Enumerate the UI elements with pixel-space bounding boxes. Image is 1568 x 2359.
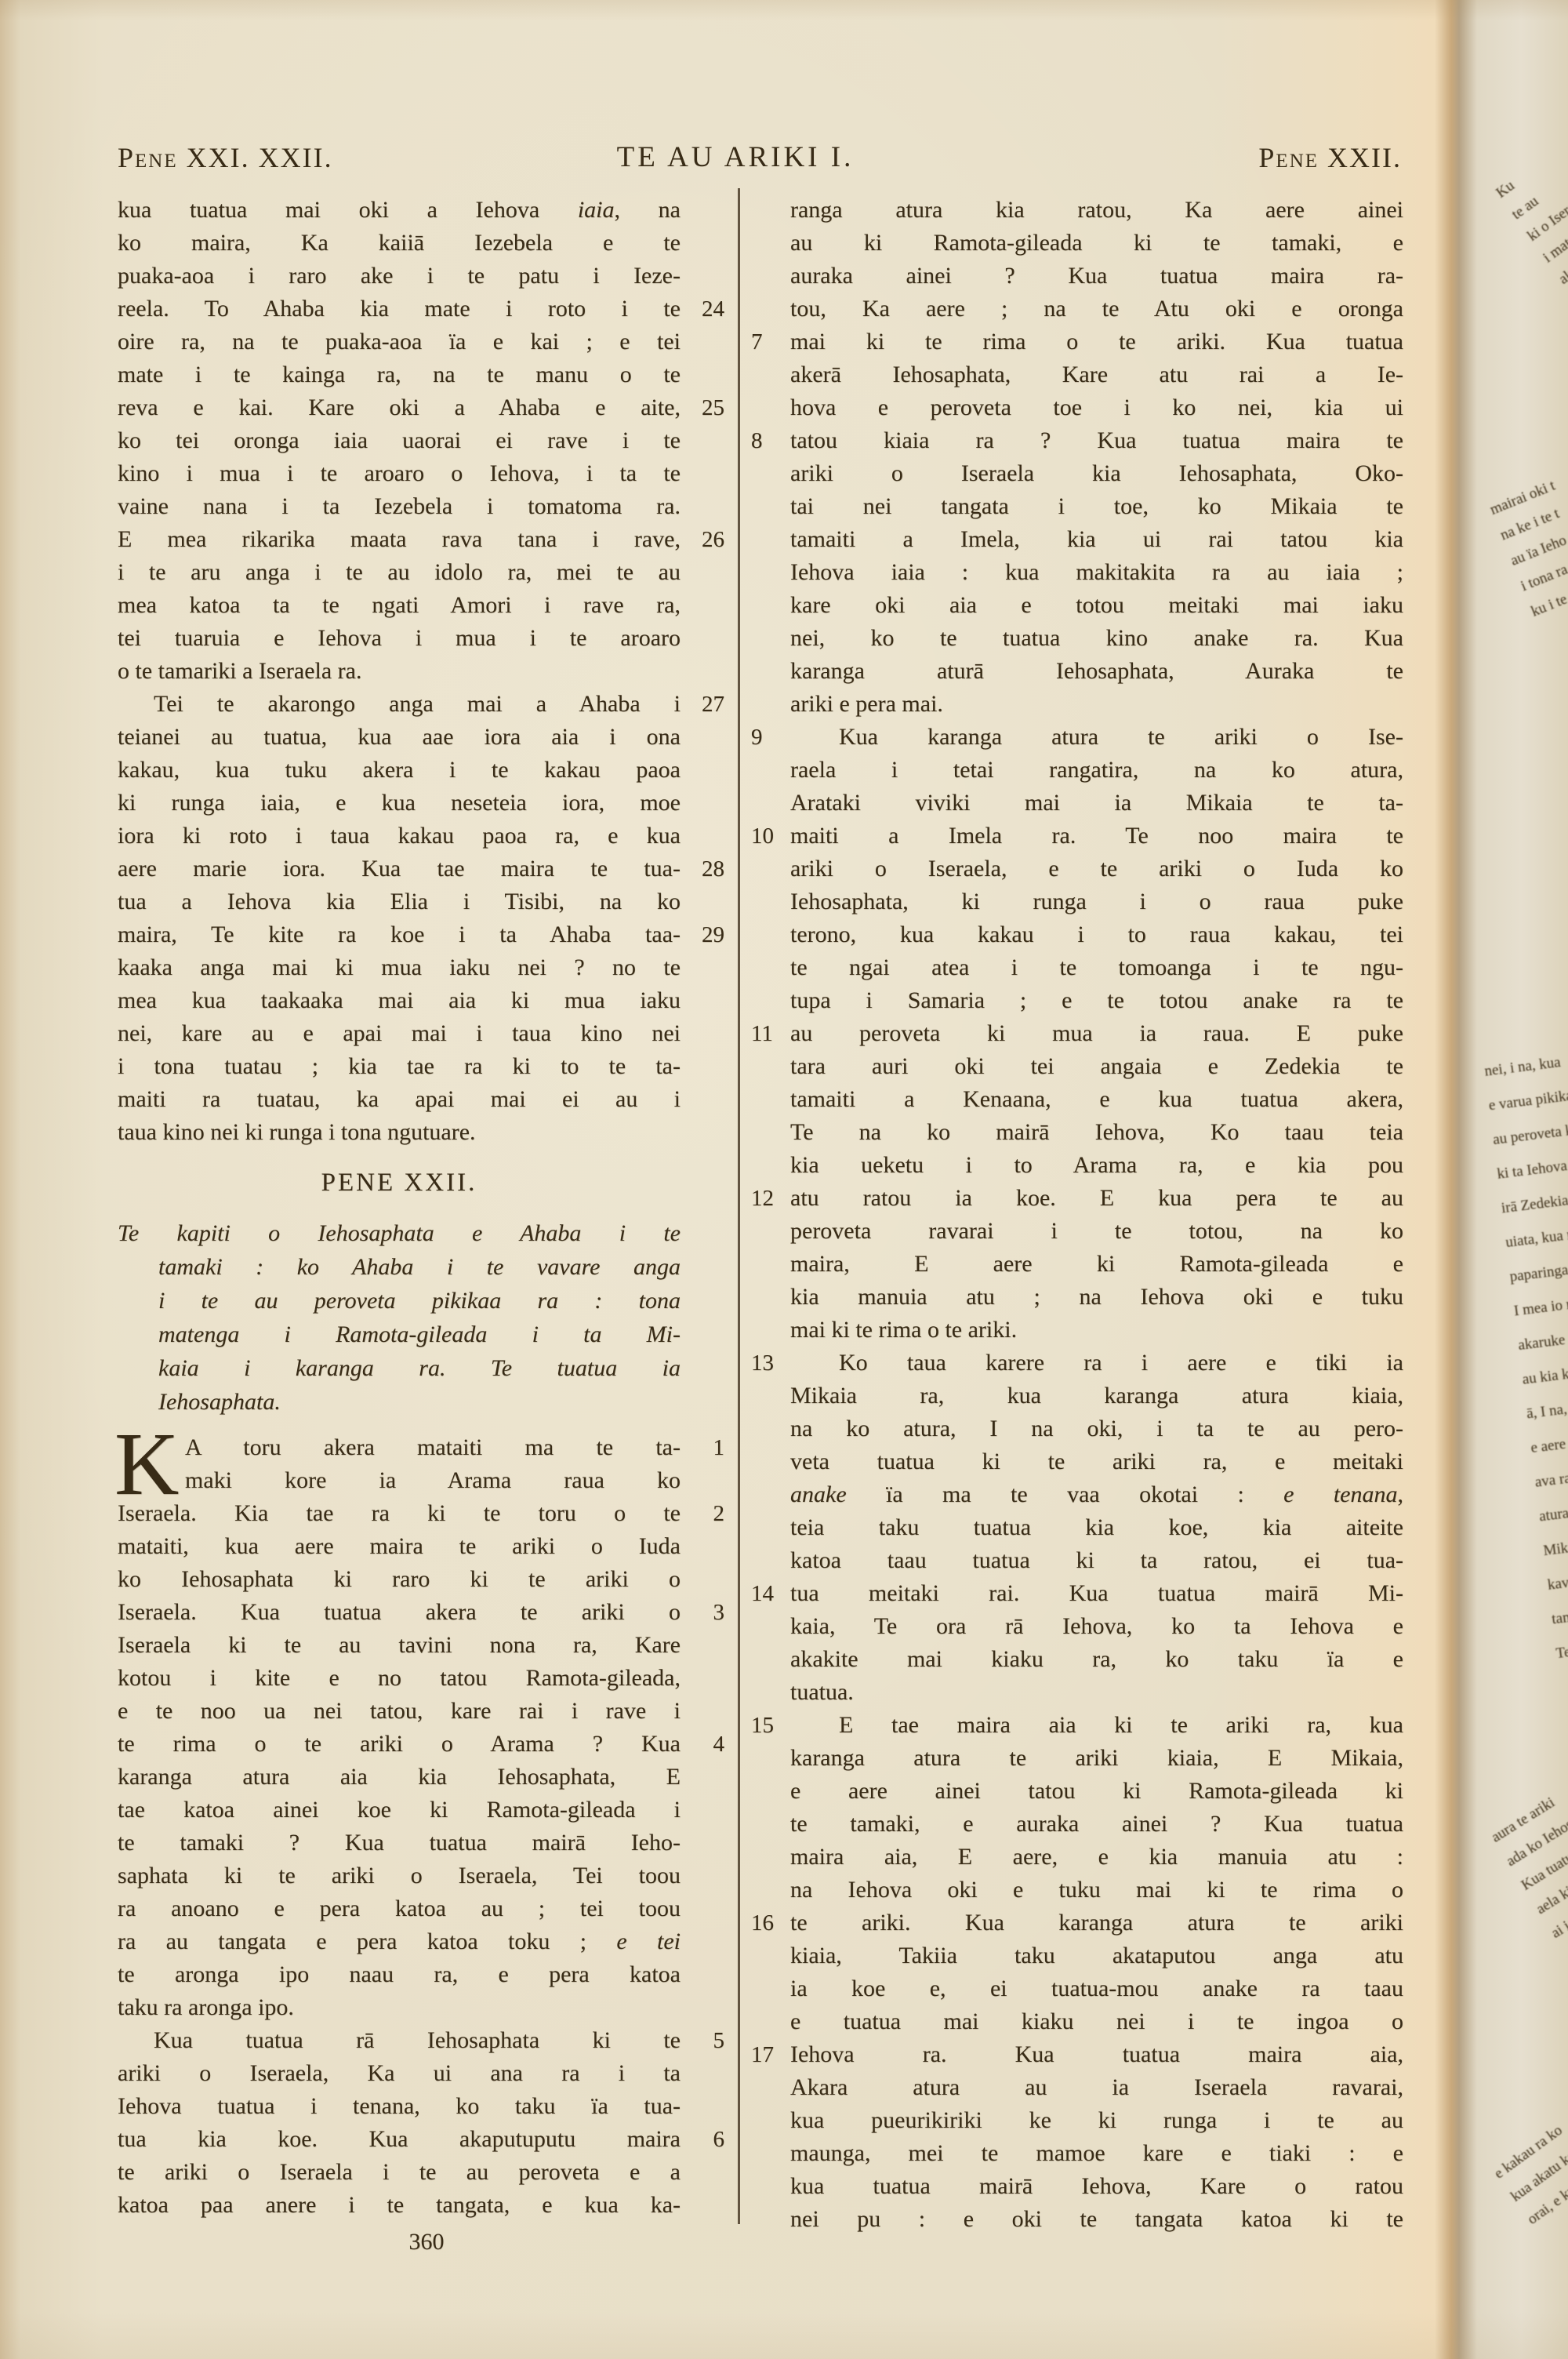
- text-line: anake ïa ma te vaa okotai : e tenana,: [751, 1478, 1403, 1511]
- verse-text: na ko atura, I na oki, i ta te au pero-: [790, 1412, 1403, 1445]
- verse-text: tei tuaruia e Iehova i mua i te aroaro: [118, 622, 681, 655]
- text-line: 26E mea rikarika maata rava tana i rave,: [118, 523, 735, 556]
- verse-number: 26: [702, 523, 724, 556]
- verse-number: 27: [702, 688, 724, 721]
- verse-text: Akara atura au ia Iseraela ravarai,: [790, 2071, 1403, 2104]
- verse-text: kia ueketu i to Arama ra, e kia pou: [790, 1149, 1403, 1182]
- verse-text: au peroveta ki mua ia raua. E puke: [790, 1017, 1403, 1050]
- column-divider-rule: [738, 188, 740, 2224]
- text-line: tamaki : ko Ahaba i te vavare anga: [118, 1250, 735, 1284]
- verse-text: te ariki o Iseraela i te au peroveta e a: [118, 2156, 681, 2189]
- left-column: kua tuatua mai oki a Iehova iaia, nako m…: [118, 194, 735, 2222]
- text-line: mai ki te rima o te ariki.: [751, 1314, 1403, 1347]
- text-line: maira aia, E aere, e kia manuia atu :: [751, 1841, 1403, 1874]
- verse-number: 9: [751, 721, 763, 754]
- text-line: 5Kua tuatua rā Iehosaphata ki te: [118, 2024, 735, 2057]
- verse-text: maunga, mei te mamoe kare e tiaki : e: [790, 2137, 1403, 2170]
- text-line: o te tamariki a Iseraela ra.: [118, 655, 735, 688]
- text-line: nei, kare au e apai mai i taua kino nei: [118, 1017, 735, 1050]
- text-line: tai nei tangata i toe, ko Mikaia te: [751, 490, 1403, 523]
- verse-text: tou, Ka aere ; na te Atu oki e oronga: [790, 293, 1403, 325]
- text-line: te tamaki, e auraka ainei ? Kua tuatua: [751, 1808, 1403, 1841]
- verse-text: e te noo ua nei tatou, kare rai i rave i: [118, 1695, 681, 1728]
- verse-number: 6: [713, 2123, 725, 2156]
- verse-text: tamaiti a Kenaana, e kua tuatua akera,: [790, 1083, 1403, 1116]
- text-line: iora ki roto i taua kakau paoa ra, e kua: [118, 820, 735, 852]
- text-line: mataiti, kua aere maira te ariki o Iuda: [118, 1530, 735, 1563]
- text-line: tei tuaruia e Iehova i mua i te aroaro: [118, 622, 735, 655]
- verse-text: Mikaia ra, kua karanga atura kiaia,: [790, 1379, 1403, 1412]
- text-line: tamaiti a Imela, kia ui rai tatou kia: [751, 523, 1403, 556]
- text-line: 3Iseraela. Kua tuatua akera te ariki o: [118, 1596, 735, 1629]
- text-line: tara auri oki tei angaia e Zedekia te: [751, 1050, 1403, 1083]
- text-line: Iehosaphata.: [118, 1385, 735, 1419]
- text-line: mea kua taakaaka mai aia ki mua iaku: [118, 984, 735, 1017]
- text-line: ariki e pera mai.: [751, 688, 1403, 721]
- chapter-summary: Te kapiti o Iehosaphata e Ahaba i tetama…: [118, 1216, 735, 1419]
- verse-text: taku ra aronga ipo.: [118, 1991, 681, 2024]
- text-line: maunga, mei te mamoe kare e tiaki : e: [751, 2137, 1403, 2170]
- chapter22-verse-lines: 1A toru akera mataiti ma te ta-maki kore…: [118, 1431, 735, 2222]
- verse-text: i te au peroveta pikikaa ra : tona: [118, 1284, 681, 1318]
- verse-text: mea kua taakaaka mai aia ki mua iaku: [118, 984, 681, 1017]
- verse-text: taua kino nei ki runga i tona ngutuare.: [118, 1116, 681, 1149]
- verse-text: au ki Ramota-gileada ki te tamaki, e: [790, 227, 1403, 260]
- text-line: katoa taau tuatua ki ta ratou, ei tua-: [751, 1544, 1403, 1577]
- text-line: maki kore ia Arama raua ko: [118, 1464, 735, 1497]
- text-line: karanga atura aia kia Iehosaphata, E: [118, 1761, 735, 1794]
- text-line: kare oki aia e totou meitaki mai iaku: [751, 589, 1403, 622]
- verse-text: tai nei tangata i toe, ko Mikaia te: [790, 490, 1403, 523]
- verse-text: puaka-aoa i raro ake i te patu i Ieze-: [118, 260, 681, 293]
- verse-text: veta tuatua ki te ariki ra, e meitaki: [790, 1445, 1403, 1478]
- text-line: kotou i kite e no tatou Ramota-gileada,: [118, 1662, 735, 1695]
- verse-text: Iseraela. Kia tae ra ki te toru o te: [118, 1497, 681, 1530]
- verse-text: Iehova ra. Kua tuatua maira aia,: [790, 2038, 1403, 2071]
- verse-text: Tei te akarongo anga mai a Ahaba i: [118, 688, 681, 721]
- verse-text: tatou kiaia ra ? Kua tuatua maira te: [790, 424, 1403, 457]
- text-line: tamaiti a Kenaana, e kua tuatua akera,: [751, 1083, 1403, 1116]
- verse-text: kua tuatua mai oki a Iehova iaia, na: [118, 194, 681, 227]
- verse-text: atu ratou ia koe. E kua pera te au: [790, 1182, 1403, 1215]
- text-line: kua tuatua mairā Iehova, Kare o ratou: [751, 2170, 1403, 2203]
- text-line: te ariki o Iseraela i te au peroveta e a: [118, 2156, 735, 2189]
- verse-text: tamaiti a Imela, kia ui rai tatou kia: [790, 523, 1403, 556]
- verse-text: mai ki te rima o te ariki.: [790, 1314, 1403, 1347]
- verse-text: tupa i Samaria ; e te totou anake ra te: [790, 984, 1403, 1017]
- verse-text: mai ki te rima o te ariki. Kua tuatua: [790, 325, 1403, 358]
- verse-text: kino i mua i te aroaro o Iehova, i ta te: [118, 457, 681, 490]
- verse-text: maiti a Imela ra. Te noo maira te: [790, 820, 1403, 852]
- text-line: tae katoa ainei koe ki Ramota-gileada i: [118, 1794, 735, 1826]
- verse-text: tua kia koe. Kua akaputuputu maira: [118, 2123, 681, 2156]
- text-line: veta tuatua ki te ariki ra, e meitaki: [751, 1445, 1403, 1478]
- verse-number: 15: [751, 1709, 774, 1742]
- verse-text: tua meitaki rai. Kua tuatua mairā Mi-: [790, 1577, 1403, 1610]
- verse-text: Iehova tuatua i tenana, ko taku ïa tua-: [118, 2090, 681, 2123]
- text-line: 12atu ratou ia koe. E kua pera te au: [751, 1182, 1403, 1215]
- verse-text: maiti ra tuatau, ka apai mai ei au i: [118, 1083, 681, 1116]
- text-line: Arataki viviki mai ia Mikaia te ta-: [751, 787, 1403, 820]
- text-line: 16te ariki. Kua karanga atura te ariki: [751, 1906, 1403, 1939]
- text-line: kia ueketu i to Arama ra, e kia pou: [751, 1149, 1403, 1182]
- text-line: 6tua kia koe. Kua akaputuputu maira: [118, 2123, 735, 2156]
- text-line: ko Iehosaphata ki raro ki te ariki o: [118, 1563, 735, 1596]
- verse-number: 25: [702, 391, 724, 424]
- verse-text: Te kapiti o Iehosaphata e Ahaba i te: [118, 1216, 681, 1250]
- verse-text: hova e peroveta toe i ko nei, kia ui: [790, 391, 1403, 424]
- verse-text: ko Iehosaphata ki raro ki te ariki o: [118, 1563, 681, 1596]
- verse-text: ariki e pera mai.: [790, 688, 1403, 721]
- verse-text: kaaka anga mai ki mua iaku nei ? no te: [118, 951, 681, 984]
- chapter21-verses: kua tuatua mai oki a Iehova iaia, nako m…: [118, 194, 735, 1149]
- verse-text: Iseraela. Kua tuatua akera te ariki o: [118, 1596, 681, 1629]
- text-line: 9Kua karanga atura te ariki o Ise-: [751, 721, 1403, 754]
- verse-number: 24: [702, 293, 724, 325]
- verse-text: Arataki viviki mai ia Mikaia te ta-: [790, 787, 1403, 820]
- text-line: 24reela. To Ahaba kia mate i roto i te: [118, 293, 735, 325]
- verse-text: maira aia, E aere, e kia manuia atu :: [790, 1841, 1403, 1874]
- verse-text: Kua karanga atura te ariki o Ise-: [790, 721, 1403, 754]
- text-line: kiaia, Takiia taku akataputou anga atu: [751, 1939, 1403, 1972]
- verse-text: kua pueurikiriki ke ki runga i te au: [790, 2104, 1403, 2137]
- verse-text: maira, E aere ki Ramota-gileada e: [790, 1248, 1403, 1281]
- text-line: taua kino nei ki runga i tona ngutuare.: [118, 1116, 735, 1149]
- verse-number: 17: [751, 2038, 774, 2071]
- text-line: 17Iehova ra. Kua tuatua maira aia,: [751, 2038, 1403, 2071]
- text-line: e tuatua mai kiaku nei i te ingoa o: [751, 2005, 1403, 2038]
- verse-text: katoa taau tuatua ki ta ratou, ei tua-: [790, 1544, 1403, 1577]
- running-header-left: Pene XXI. XXII.: [118, 141, 333, 174]
- text-line: nei pu : e oki te tangata katoa ki te: [751, 2203, 1403, 2236]
- text-line: mate i te kainga ra, na te manu o te: [118, 358, 735, 391]
- verse-text: nei, kare au e apai mai i taua kino nei: [118, 1017, 681, 1050]
- text-line: au ki Ramota-gileada ki te tamaki, e: [751, 227, 1403, 260]
- verse-number: 28: [702, 852, 724, 885]
- verse-text: te ngai atea i te tomoanga i te ngu-: [790, 951, 1403, 984]
- text-line: ko maira, Ka kaiiā Iezebela e te: [118, 227, 735, 260]
- verse-text: ra au tangata e pera katoa toku ; e tei: [118, 1925, 681, 1958]
- text-line: Te na ko mairā Iehova, Ko taau teia: [751, 1116, 1403, 1149]
- verse-number: 10: [751, 820, 774, 852]
- text-line: maiti ra tuatau, ka apai mai ei au i: [118, 1083, 735, 1116]
- text-line: 4te rima o te ariki o Arama ? Kua: [118, 1728, 735, 1761]
- verse-text: teianei au tuatua, kua aae iora aia i on…: [118, 721, 681, 754]
- text-line: Iehosaphata, ki runga i o raua puke: [751, 885, 1403, 918]
- next-page-text-fragments: Kute auki o Iseraelai matou kiaaki mai i: [1490, 37, 1568, 293]
- text-line: 15E tae maira aia ki te ariki ra, kua: [751, 1709, 1403, 1742]
- text-line: 1A toru akera mataiti ma te ta-: [118, 1431, 735, 1464]
- verse-number: 12: [751, 1182, 774, 1215]
- text-line: i tona tuatau ; kia tae ra ki to te ta-: [118, 1050, 735, 1083]
- verse-text: karanga aturā Iehosaphata, Auraka te: [790, 655, 1403, 688]
- verse-text: e aere ainei tatou ki Ramota-gileada ki: [790, 1775, 1403, 1808]
- verse-text: A toru akera mataiti ma te ta-: [118, 1431, 681, 1464]
- text-line: ko tei oronga iaia uaorai ei rave i te: [118, 424, 735, 457]
- verse-text: tae katoa ainei koe ki Ramota-gileada i: [118, 1794, 681, 1826]
- verse-text: Iehosaphata, ki runga i o raua puke: [790, 885, 1403, 918]
- text-line: te tamaki ? Kua tuatua mairā Ieho-: [118, 1826, 735, 1859]
- text-line: Te kapiti o Iehosaphata e Ahaba i te: [118, 1216, 735, 1250]
- verse-text: tara auri oki tei angaia e Zedekia te: [790, 1050, 1403, 1083]
- verse-number: 7: [751, 325, 763, 358]
- verse-text: i tona tuatau ; kia tae ra ki to te ta-: [118, 1050, 681, 1083]
- verse-text: kiaia, Takiia taku akataputou anga atu: [790, 1939, 1403, 1972]
- verse-text: kia manuia atu ; na Iehova oki e tuku: [790, 1281, 1403, 1314]
- verse-text: kare oki aia e totou meitaki mai iaku: [790, 589, 1403, 622]
- text-line: 25reva e kai. Kare oki a Ahaba e aite,: [118, 391, 735, 424]
- verse-text: i te aru anga i te au idolo ra, mei te a…: [118, 556, 681, 589]
- verse-text: ko maira, Ka kaiiā Iezebela e te: [118, 227, 681, 260]
- verse-text: oire ra, na te puaka-aoa ïa e kai ; e te…: [118, 325, 681, 358]
- verse-number: 4: [713, 1728, 725, 1761]
- text-line: tuatua.: [751, 1676, 1403, 1709]
- verse-number: 29: [702, 918, 724, 951]
- verse-text: Kua tuatua rā Iehosaphata ki te: [118, 2024, 681, 2057]
- text-line: tua a Iehova kia Elia i Tisibi, na ko: [118, 885, 735, 918]
- verse-text: matenga i Ramota-gileada i ta Mi-: [118, 1318, 681, 1351]
- verse-text: te tamaki, e auraka ainei ? Kua tuatua: [790, 1808, 1403, 1841]
- text-line: 29maira, Te kite ra koe i ta Ahaba taa-: [118, 918, 735, 951]
- verse-number: 2: [713, 1497, 725, 1530]
- next-page-text-fragments: aura te arikiada ko IehosapKua tuatuaela…: [1486, 1694, 1568, 1946]
- chapter22-verses: K 1A toru akera mataiti ma te ta-maki ko…: [118, 1431, 735, 2222]
- text-line: e aere ainei tatou ki Ramota-gileada ki: [751, 1775, 1403, 1808]
- text-line: Iseraela ki te au tavini nona ra, Kare: [118, 1629, 735, 1662]
- text-line: kakau, kua tuku akera i te kakau paoa: [118, 754, 735, 787]
- text-line: hova e peroveta toe i ko nei, kia ui: [751, 391, 1403, 424]
- text-line: auraka ainei ? Kua tuatua maira ra-: [751, 260, 1403, 293]
- text-line: kaaka anga mai ki mua iaku nei ? no te: [118, 951, 735, 984]
- verse-text: anake ïa ma te vaa okotai : e tenana,: [790, 1478, 1403, 1511]
- text-line: terono, kua kakau i to raua kakau, tei: [751, 918, 1403, 951]
- text-line: 8tatou kiaia ra ? Kua tuatua maira te: [751, 424, 1403, 457]
- verse-text: kua tuatua mairā Iehova, Kare o ratou: [790, 2170, 1403, 2203]
- text-line: Mikaia ra, kua karanga atura kiaia,: [751, 1379, 1403, 1412]
- next-page-text-fragments: mairai oki tna ke i te tau ïa Iehoi tona…: [1486, 404, 1568, 625]
- text-line: saphata ki te ariki o Iseraela, Tei toou: [118, 1859, 735, 1892]
- verse-text: tamaki : ko Ahaba i te vavare anga: [118, 1250, 681, 1284]
- running-header-right: Pene XXII.: [1098, 141, 1402, 174]
- text-line: Akara atura au ia Iseraela ravarai,: [751, 2071, 1403, 2104]
- verse-text: te rima o te ariki o Arama ? Kua: [118, 1728, 681, 1761]
- verse-text: kotou i kite e no tatou Ramota-gileada,: [118, 1662, 681, 1695]
- verse-text: kaia i karanga ra. Te tuatua ia: [118, 1351, 681, 1385]
- text-line: raela i tetai rangatira, na ko atura,: [751, 754, 1403, 787]
- verse-text: ki runga iaia, e kua neseteia iora, moe: [118, 787, 681, 820]
- verse-text: te tamaki ? Kua tuatua mairā Ieho-: [118, 1826, 681, 1859]
- verse-text: na Iehova oki e tuku mai ki te rima o: [790, 1874, 1403, 1906]
- verse-number: 11: [751, 1017, 773, 1050]
- text-line: mea katoa ta te ngati Amori i rave ra,: [118, 589, 735, 622]
- verse-text: tua a Iehova kia Elia i Tisibi, na ko: [118, 885, 681, 918]
- verse-text: mate i te kainga ra, na te manu o te: [118, 358, 681, 391]
- verse-text: ia koe e, ei tuatua-mou anake ra taau: [790, 1972, 1403, 2005]
- text-line: katoa paa anere i te tangata, e kua ka-: [118, 2189, 735, 2222]
- verse-text: te ariki. Kua karanga atura te ariki: [790, 1906, 1403, 1939]
- verse-text: nei, ko te tuatua kino anake ra. Kua: [790, 622, 1403, 655]
- text-line: karanga aturā Iehosaphata, Auraka te: [751, 655, 1403, 688]
- text-line: ia koe e, ei tuatua-mou anake ra taau: [751, 1972, 1403, 2005]
- text-line: akakite mai kiaku ra, ko taku ïa e: [751, 1643, 1403, 1676]
- verse-text: vaine nana i ta Iezebela i tomatoma ra.: [118, 490, 681, 523]
- next-page-text-fragments: e kakau ra kokua akatu ke ioorai, e kua: [1488, 2017, 1568, 2233]
- text-line: kia manuia atu ; na Iehova oki e tuku: [751, 1281, 1403, 1314]
- verse-text: te aronga ipo naau ra, e pera katoa: [118, 1958, 681, 1991]
- text-line: ki runga iaia, e kua neseteia iora, moe: [118, 787, 735, 820]
- verse-text: terono, kua kakau i to raua kakau, tei: [790, 918, 1403, 951]
- text-line: teia taku tuatua kia koe, kia aiteite: [751, 1511, 1403, 1544]
- right-column: ranga atura kia ratou, Ka aere aineiau k…: [751, 194, 1403, 2236]
- text-line: te ngai atea i te tomoanga i te ngu-: [751, 951, 1403, 984]
- verse-text: Iehosaphata.: [118, 1385, 681, 1419]
- text-line: ra au tangata e pera katoa toku ; e tei: [118, 1925, 735, 1958]
- verse-text: karanga atura aia kia Iehosaphata, E: [118, 1761, 681, 1794]
- verse-text: iora ki roto i taua kakau paoa ra, e kua: [118, 820, 681, 852]
- verse-text: Iseraela ki te au tavini nona ra, Kare: [118, 1629, 681, 1662]
- text-line: puaka-aoa i raro ake i te patu i Ieze-: [118, 260, 735, 293]
- next-page-text-fragments: nei, i na, kuae varua pikikaaau peroveta…: [1483, 1024, 1568, 1671]
- verse-number: 5: [713, 2024, 725, 2057]
- text-line: 7mai ki te rima o te ariki. Kua tuatua: [751, 325, 1403, 358]
- text-line: kaia i karanga ra. Te tuatua ia: [118, 1351, 735, 1385]
- verse-number: 3: [713, 1596, 725, 1629]
- verse-text: E mea rikarika maata rava tana i rave,: [118, 523, 681, 556]
- text-line: ra anoano e pera katoa au ; tei toou: [118, 1892, 735, 1925]
- text-line: tou, Ka aere ; na te Atu oki e oronga: [751, 293, 1403, 325]
- verse-text: ra anoano e pera katoa au ; tei toou: [118, 1892, 681, 1925]
- verse-text: ranga atura kia ratou, Ka aere ainei: [790, 194, 1403, 227]
- text-line: karanga atura te ariki kiaia, E Mikaia,: [751, 1742, 1403, 1775]
- verse-text: ariki o Iseraela, e te ariki o Iuda ko: [790, 852, 1403, 885]
- verse-number: 14: [751, 1577, 774, 1610]
- text-line: Iehova iaia : kua makitakita ra au iaia …: [751, 556, 1403, 589]
- verse-text: nei pu : e oki te tangata katoa ki te: [790, 2203, 1403, 2236]
- verse-text: peroveta ravarai i te totou, na ko: [790, 1215, 1403, 1248]
- text-line: i te aru anga i te au idolo ra, mei te a…: [118, 556, 735, 589]
- verse-text: reva e kai. Kare oki a Ahaba e aite,: [118, 391, 681, 424]
- text-line: teianei au tuatua, kua aae iora aia i on…: [118, 721, 735, 754]
- verse-text: akerā Iehosaphata, Kare atu rai a Ie-: [790, 358, 1403, 391]
- text-line: na ko atura, I na oki, i ta te au pero-: [751, 1412, 1403, 1445]
- next-page-edge: Kute auki o Iseraelai matou kiaaki mai i…: [1445, 0, 1568, 2359]
- chapter-heading: PENE XXII.: [118, 1160, 681, 1205]
- text-line: i te au peroveta pikikaa ra : tona: [118, 1284, 735, 1318]
- text-line: e te noo ua nei tatou, kare rai i rave i: [118, 1695, 735, 1728]
- verse-text: kakau, kua tuku akera i te kakau paoa: [118, 754, 681, 787]
- text-line: nei, ko te tuatua kino anake ra. Kua: [751, 622, 1403, 655]
- verse-number: 8: [751, 424, 763, 457]
- text-line: 27Tei te akarongo anga mai a Ahaba i: [118, 688, 735, 721]
- verse-text: maki kore ia Arama raua ko: [118, 1464, 681, 1497]
- text-line: vaine nana i ta Iezebela i tomatoma ra.: [118, 490, 735, 523]
- edge-text-fragment: nei, i na, kua: [1483, 1024, 1568, 1089]
- verse-text: ko tei oronga iaia uaorai ei rave i te: [118, 424, 681, 457]
- text-line: te aronga ipo naau ra, e pera katoa: [118, 1958, 735, 1991]
- verse-text: akakite mai kiaku ra, ko taku ïa e: [790, 1643, 1403, 1676]
- text-line: kino i mua i te aroaro o Iehova, i ta te: [118, 457, 735, 490]
- verse-text: E tae maira aia ki te ariki ra, kua: [790, 1709, 1403, 1742]
- text-line: ariki o Iseraela, e te ariki o Iuda ko: [751, 852, 1403, 885]
- text-line: akerā Iehosaphata, Kare atu rai a Ie-: [751, 358, 1403, 391]
- verse-text: mataiti, kua aere maira te ariki o Iuda: [118, 1530, 681, 1563]
- verse-text: mea katoa ta te ngati Amori i rave ra,: [118, 589, 681, 622]
- text-line: ariki o Iseraela kia Iehosaphata, Oko-: [751, 457, 1403, 490]
- verse-text: kaia, Te ora rā Iehova, ko ta Iehova e: [790, 1610, 1403, 1643]
- text-line: matenga i Ramota-gileada i ta Mi-: [118, 1318, 735, 1351]
- text-line: kaia, Te ora rā Iehova, ko ta Iehova e: [751, 1610, 1403, 1643]
- book-title-header: TE AU ARIKI I.: [461, 141, 1010, 174]
- verse-text: maira, Te kite ra koe i ta Ahaba taa-: [118, 918, 681, 951]
- scanned-book-page: Pene XXI. XXII. TE AU ARIKI I. Pene XXII…: [0, 0, 1568, 2359]
- text-line: peroveta ravarai i te totou, na ko: [751, 1215, 1403, 1248]
- text-line: maira, E aere ki Ramota-gileada e: [751, 1248, 1403, 1281]
- verse-text: reela. To Ahaba kia mate i roto i te: [118, 293, 681, 325]
- verse-text: auraka ainei ? Kua tuatua maira ra-: [790, 260, 1403, 293]
- verse-number: 16: [751, 1906, 774, 1939]
- text-line: 13Ko taua karere ra i aere e tiki ia: [751, 1347, 1403, 1379]
- text-line: ranga atura kia ratou, Ka aere ainei: [751, 194, 1403, 227]
- text-line: Iehova tuatua i tenana, ko taku ïa tua-: [118, 2090, 735, 2123]
- text-line: 11au peroveta ki mua ia raua. E puke: [751, 1017, 1403, 1050]
- verse-text: aere marie iora. Kua tae maira te tua-: [118, 852, 681, 885]
- verse-number: 1: [713, 1431, 725, 1464]
- verse-text: teia taku tuatua kia koe, kia aiteite: [790, 1511, 1403, 1544]
- verse-text: Ko taua karere ra i aere e tiki ia: [790, 1347, 1403, 1379]
- text-line: taku ra aronga ipo.: [118, 1991, 735, 2024]
- text-line: na Iehova oki e tuku mai ki te rima o: [751, 1874, 1403, 1906]
- text-line: 2Iseraela. Kia tae ra ki te toru o te: [118, 1497, 735, 1530]
- text-line: oire ra, na te puaka-aoa ïa e kai ; e te…: [118, 325, 735, 358]
- verse-text: o te tamariki a Iseraela ra.: [118, 655, 681, 688]
- text-line: kua pueurikiriki ke ki runga i te au: [751, 2104, 1403, 2137]
- verse-text: Iehova iaia : kua makitakita ra au iaia …: [790, 556, 1403, 589]
- verse-text: e tuatua mai kiaku nei i te ingoa o: [790, 2005, 1403, 2038]
- page-number: 360: [118, 2226, 735, 2259]
- text-line: 14tua meitaki rai. Kua tuatua mairā Mi-: [751, 1577, 1403, 1610]
- verse-text: ariki o Iseraela, Ka ui ana ra i ta: [118, 2057, 681, 2090]
- text-line: tupa i Samaria ; e te totou anake ra te: [751, 984, 1403, 1017]
- verse-text: tuatua.: [790, 1676, 1403, 1709]
- verse-text: saphata ki te ariki o Iseraela, Tei toou: [118, 1859, 681, 1892]
- verse-number: 13: [751, 1347, 774, 1379]
- text-line: kua tuatua mai oki a Iehova iaia, na: [118, 194, 735, 227]
- right-column-verses: ranga atura kia ratou, Ka aere aineiau k…: [751, 194, 1403, 2236]
- verse-text: karanga atura te ariki kiaia, E Mikaia,: [790, 1742, 1403, 1775]
- verse-text: katoa paa anere i te tangata, e kua ka-: [118, 2189, 681, 2222]
- verse-text: Te na ko mairā Iehova, Ko taau teia: [790, 1116, 1403, 1149]
- text-line: ariki o Iseraela, Ka ui ana ra i ta: [118, 2057, 735, 2090]
- text-line: 10maiti a Imela ra. Te noo maira te: [751, 820, 1403, 852]
- verse-text: raela i tetai rangatira, na ko atura,: [790, 754, 1403, 787]
- text-line: 28aere marie iora. Kua tae maira te tua-: [118, 852, 735, 885]
- verse-text: ariki o Iseraela kia Iehosaphata, Oko-: [790, 457, 1403, 490]
